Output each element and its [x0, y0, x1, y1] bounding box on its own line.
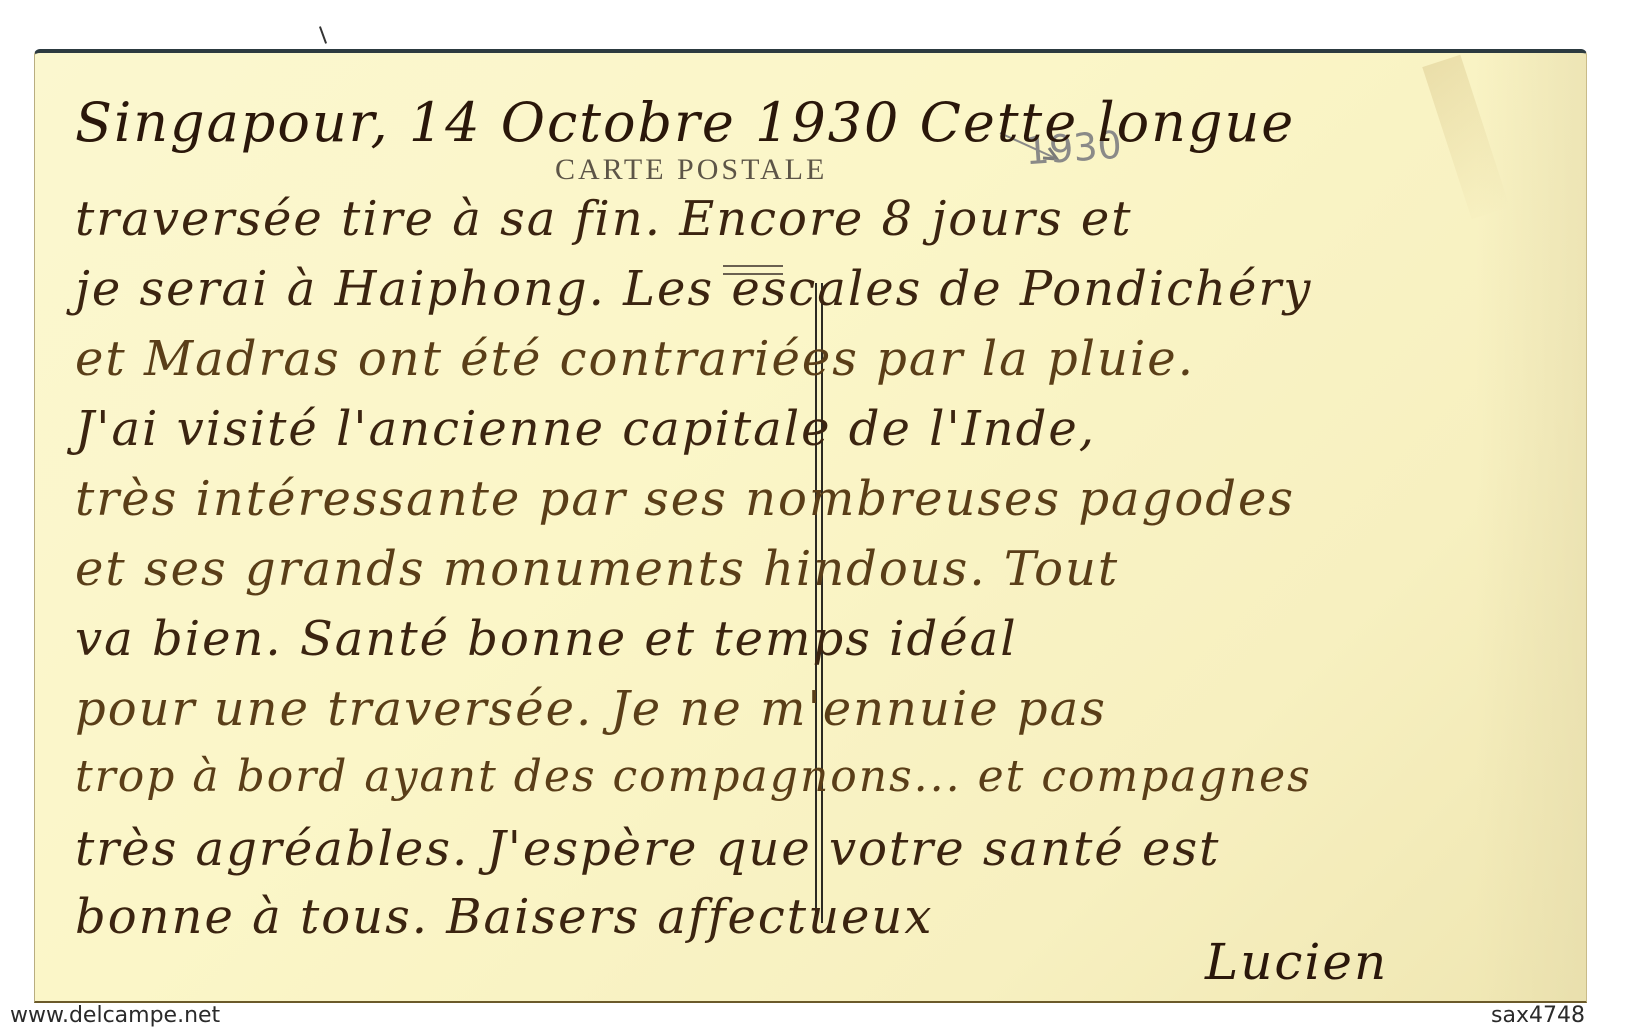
handwritten-line: va bien. Santé bonne et temps idéal [75, 611, 1018, 667]
signature: Lucien [1205, 933, 1388, 991]
handwritten-line: très intéressante par ses nombreuses pag… [75, 471, 1295, 527]
postcard: CARTE POSTALE 1930 Singapour, 14 Octobre… [34, 49, 1587, 1003]
handwritten-line: J'ai visité l'ancienne capitale de l'Ind… [75, 401, 1096, 457]
handwritten-line: trop à bord ayant des compagnons... et c… [75, 751, 1312, 802]
printed-title: CARTE POSTALE [555, 153, 827, 187]
scan-mark [319, 26, 327, 44]
handwritten-line: Singapour, 14 Octobre 1930 Cette longue [75, 91, 1295, 154]
seller-watermark: sax4748 [1491, 1003, 1585, 1028]
handwritten-line: pour une traversée. Je ne m'ennuie pas [75, 681, 1107, 737]
page: CARTE POSTALE 1930 Singapour, 14 Octobre… [0, 0, 1625, 1034]
handwritten-line: je serai à Haiphong. Les escales de Pond… [75, 261, 1312, 317]
handwritten-line: et Madras ont été contrariées par la plu… [75, 331, 1195, 387]
handwritten-line: très agréables. J'espère que votre santé… [75, 821, 1220, 877]
handwritten-line: et ses grands monuments hindous. Tout [75, 541, 1119, 597]
handwritten-line: traversée tire à sa fin. Encore 8 jours … [75, 191, 1133, 247]
handwritten-closing: bonne à tous. Baisers affectueux [75, 889, 933, 945]
site-watermark: www.delcampe.net [10, 1003, 220, 1028]
paper-edge-wear [1476, 53, 1586, 1001]
